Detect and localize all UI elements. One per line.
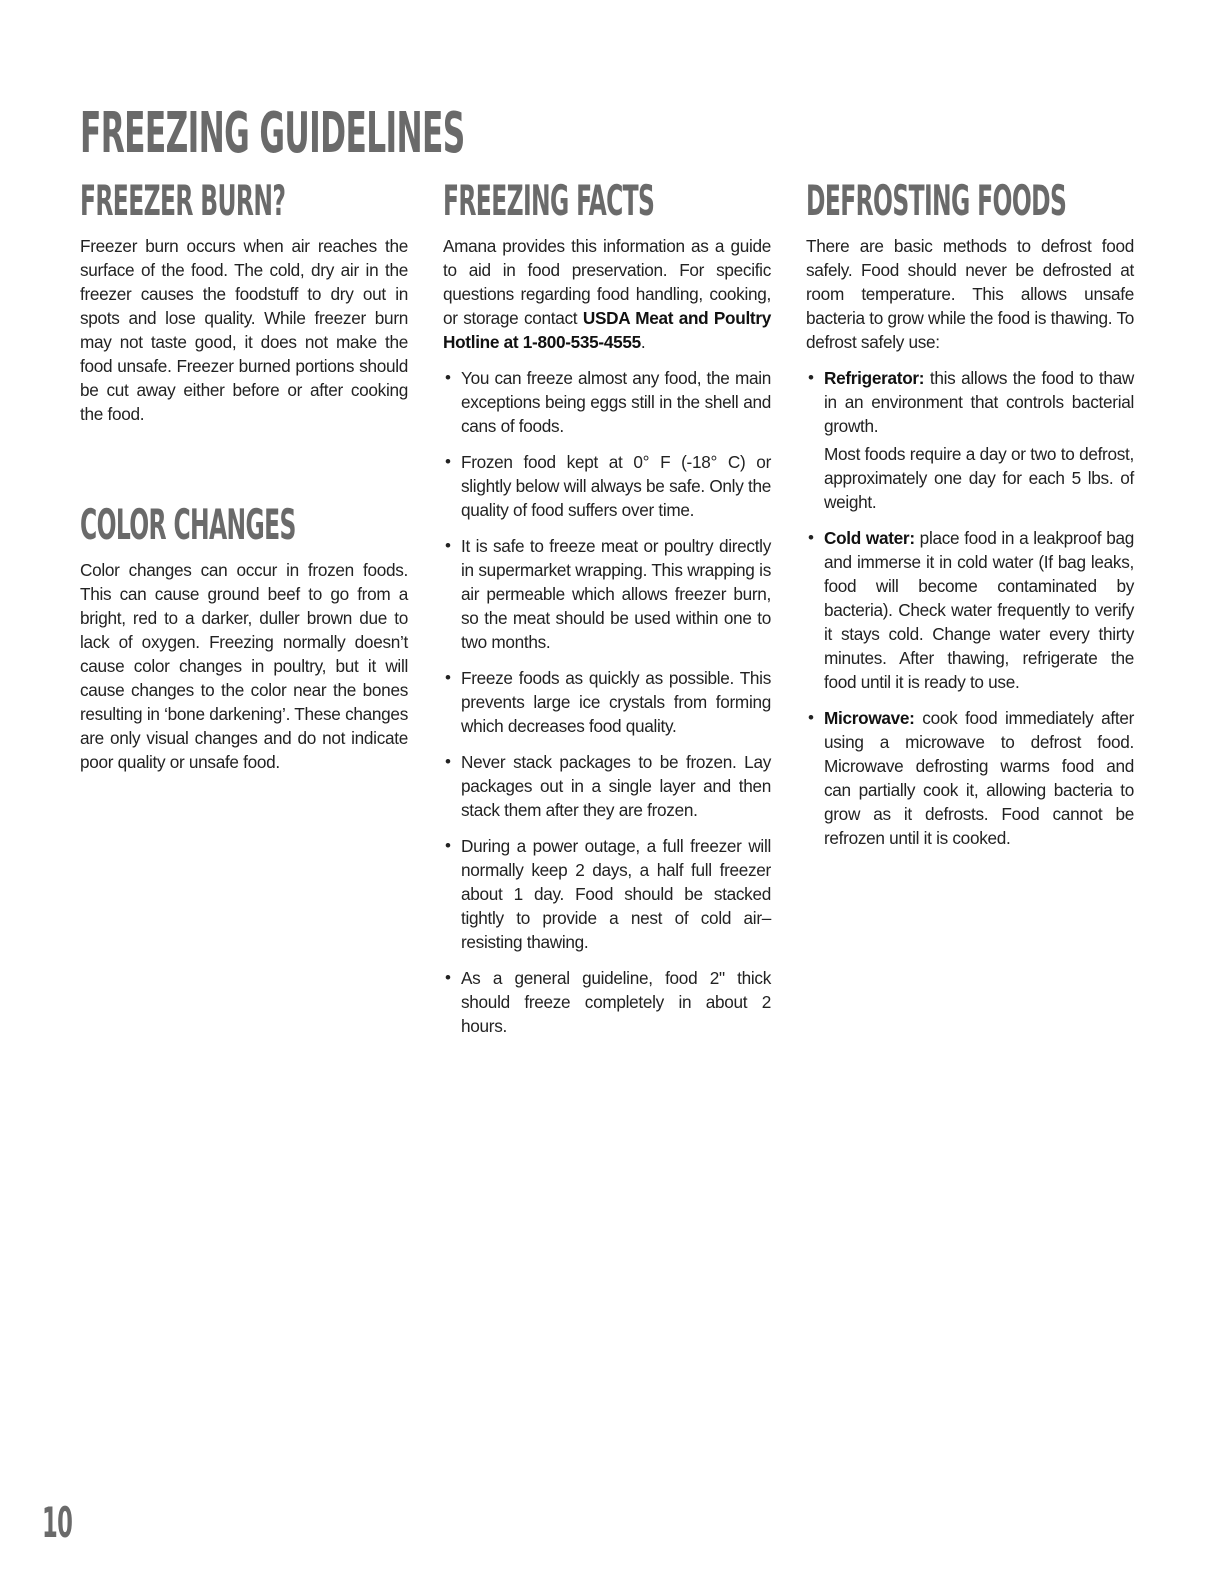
freezer-burn-heading: Freezer Burn? — [80, 178, 283, 224]
color-changes-heading: Color Changes — [80, 502, 283, 548]
list-item-text: It is safe to freeze meat or poultry dir… — [461, 536, 771, 652]
method-label: Refrigerator: — [824, 368, 924, 388]
defrosting-foods-section: Defrosting Foods There are basic methods… — [806, 178, 1134, 850]
bullet-icon: • — [808, 526, 814, 550]
defrosting-foods-heading: Defrosting Foods — [806, 178, 1009, 224]
method-text: cook food immediately after using a micr… — [824, 708, 1134, 848]
freezer-burn-body: Freezer burn occurs when air reaches the… — [80, 234, 408, 426]
list-item-refrigerator: •Refrigerator: this allows the food to t… — [806, 366, 1134, 438]
freezing-facts-section: Freezing Facts Amana provides this infor… — [443, 178, 771, 1038]
list-item-cold-water: •Cold water: place food in a leakproof b… — [806, 526, 1134, 694]
color-changes-body: Color changes can occur in frozen foods.… — [80, 558, 408, 774]
column-right: Defrosting Foods There are basic methods… — [806, 178, 1134, 862]
bullet-icon: • — [445, 366, 451, 390]
intro-period: . — [641, 332, 645, 352]
defrosting-methods-list-cont: •Cold water: place food in a leakproof b… — [806, 526, 1134, 850]
refrigerator-note: Most foods require a day or two to defro… — [806, 442, 1134, 514]
freezer-burn-section: Freezer Burn? Freezer burn occurs when a… — [80, 178, 408, 426]
color-changes-section: Color Changes Color changes can occur in… — [80, 502, 408, 774]
list-item: •It is safe to freeze meat or poultry di… — [443, 534, 771, 654]
bullet-icon: • — [445, 834, 451, 858]
bullet-icon: • — [445, 450, 451, 474]
defrosting-intro: There are basic methods to defrost food … — [806, 234, 1134, 354]
bullet-icon: • — [445, 966, 451, 990]
freezing-facts-heading: Freezing Facts — [443, 178, 646, 224]
list-item: •During a power outage, a full freezer w… — [443, 834, 771, 954]
column-left: Freezer Burn? Freezer burn occurs when a… — [80, 178, 408, 774]
page-number: 10 — [42, 1500, 72, 1546]
column-middle: Freezing Facts Amana provides this infor… — [443, 178, 771, 1050]
list-item-text: During a power outage, a full freezer wi… — [461, 836, 771, 952]
list-item: •As a general guideline, food 2" thick s… — [443, 966, 771, 1038]
bullet-icon: • — [445, 666, 451, 690]
method-label: Microwave: — [824, 708, 915, 728]
freezing-facts-intro: Amana provides this information as a gui… — [443, 234, 771, 354]
freezing-facts-list: •You can freeze almost any food, the mai… — [443, 366, 771, 1038]
list-item-text: Frozen food kept at 0° F (-18° C) or sli… — [461, 452, 771, 520]
list-item: •Never stack packages to be frozen. Lay … — [443, 750, 771, 822]
bullet-icon: • — [445, 750, 451, 774]
bullet-icon: • — [808, 706, 814, 730]
list-item-text: You can freeze almost any food, the main… — [461, 368, 771, 436]
page-title: Freezing Guidelines — [80, 104, 465, 164]
list-item-text: As a general guideline, food 2" thick sh… — [461, 968, 771, 1036]
list-item: •You can freeze almost any food, the mai… — [443, 366, 771, 438]
list-item-text: Freeze foods as quickly as possible. Thi… — [461, 668, 771, 736]
list-item: •Frozen food kept at 0° F (-18° C) or sl… — [443, 450, 771, 522]
defrosting-methods-list: •Refrigerator: this allows the food to t… — [806, 366, 1134, 438]
bullet-icon: • — [445, 534, 451, 558]
list-item: •Freeze foods as quickly as possible. Th… — [443, 666, 771, 738]
list-item-microwave: •Microwave: cook food immediately after … — [806, 706, 1134, 850]
bullet-icon: • — [808, 366, 814, 390]
list-item-text: Never stack packages to be frozen. Lay p… — [461, 752, 771, 820]
method-text: place food in a leakproof bag and immers… — [824, 528, 1134, 692]
method-label: Cold water: — [824, 528, 915, 548]
